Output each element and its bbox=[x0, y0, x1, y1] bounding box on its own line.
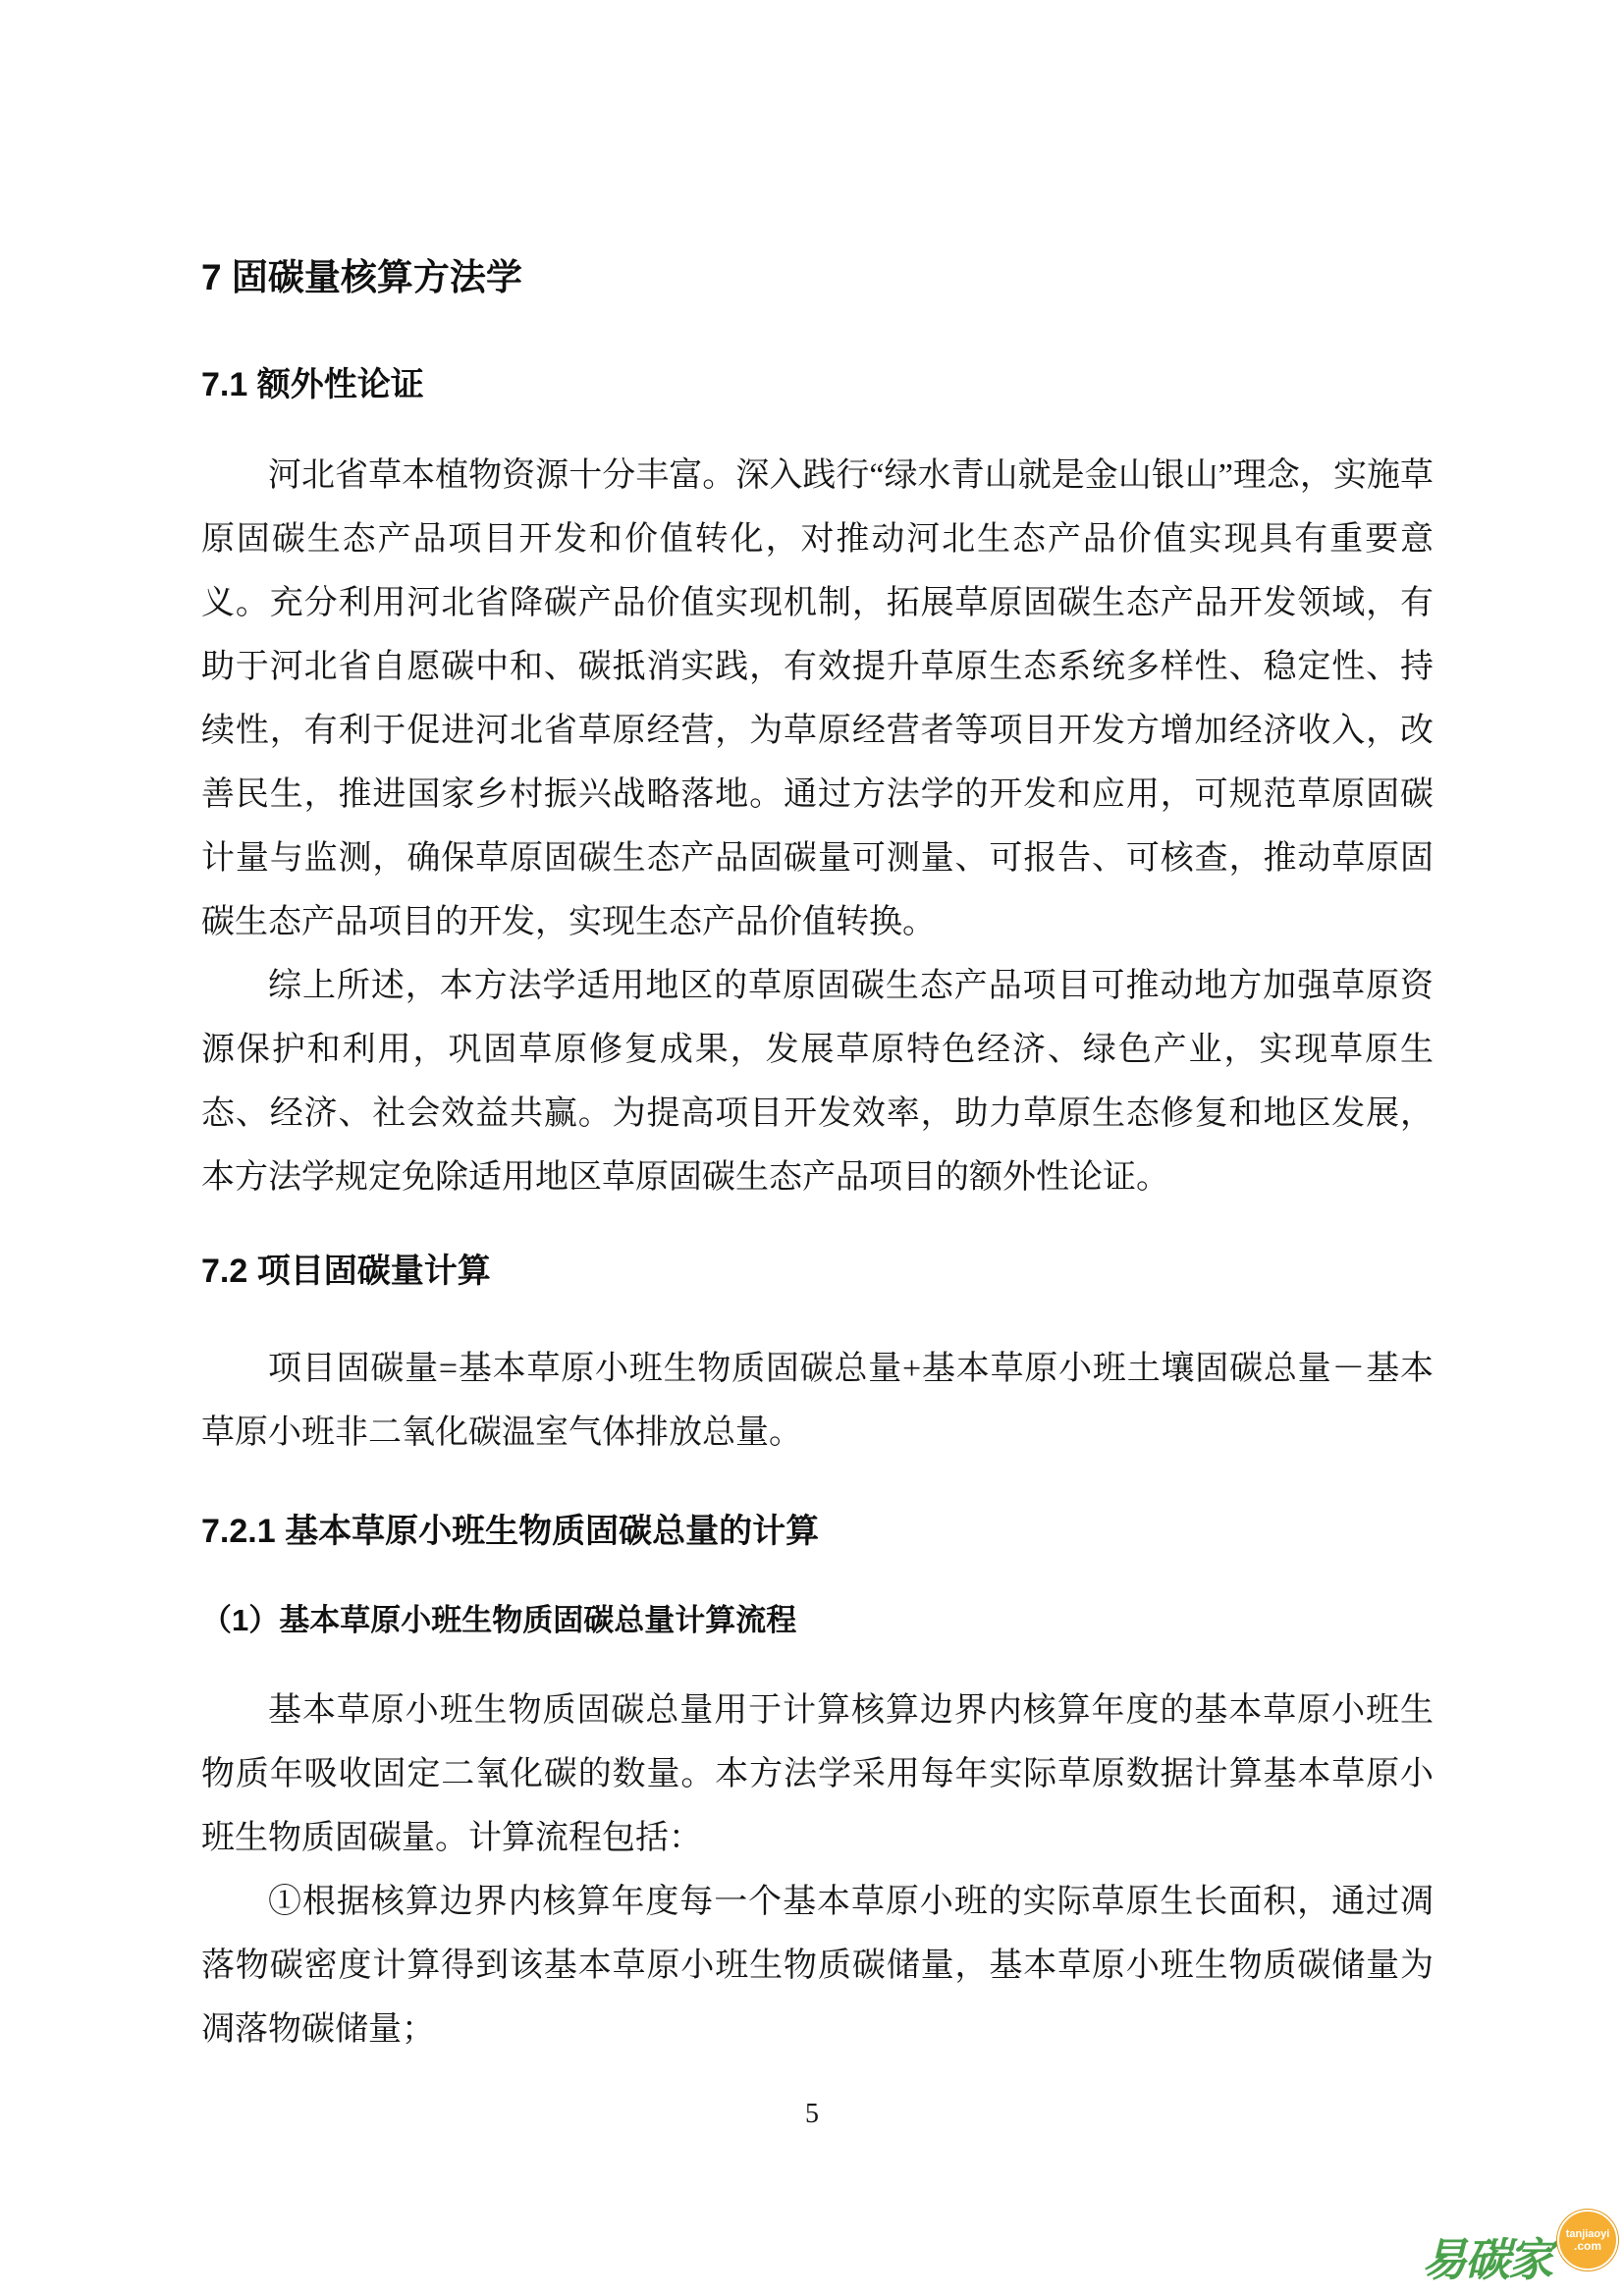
document-page: 7 固碳量核算方法学 7.1 额外性论证 河北省草本植物资源十分丰富。深入践行“… bbox=[0, 0, 1624, 2296]
section-7-2-paragraph-1: 项目固碳量=基本草原小班生物质固碳总量+基本草原小班土壤固碳总量－基本草原小班非… bbox=[201, 1337, 1434, 1465]
watermark-domain-badge-icon: tanjiaoyi .com bbox=[1557, 2210, 1618, 2270]
section-7-1-heading: 7.1 额外性论证 bbox=[201, 361, 1434, 408]
section-7-2-1-paragraph-1: 基本草原小班生物质固碳总量用于计算核算边界内核算年度的基本草原小班生物质年吸收固… bbox=[201, 1679, 1434, 1870]
section-7-2-1-sub-heading: （1）基本草原小班生物质固碳总量计算流程 bbox=[201, 1599, 1434, 1642]
section-7-1-paragraph-2: 综上所述，本方法学适用地区的草原固碳生态产品项目可推动地方加强草原资源保护和利用… bbox=[201, 954, 1434, 1209]
section-7-2-heading: 7.2 项目固碳量计算 bbox=[201, 1248, 1434, 1295]
watermark-site-tld: .com bbox=[1574, 2240, 1601, 2253]
watermark-brand-text: 易碳家 bbox=[1422, 2237, 1551, 2282]
tanjiaoyi-watermark-logo: 易碳家 tanjiaoyi .com bbox=[1422, 2210, 1618, 2290]
section-7-2-1-heading: 7.2.1 基本草原小班生物质固碳总量的计算 bbox=[201, 1508, 1434, 1555]
page-number: 5 bbox=[0, 2097, 1624, 2132]
section-7-1-paragraph-1: 河北省草本植物资源十分丰富。深入践行“绿水青山就是金山银山”理念，实施草原固碳生… bbox=[201, 444, 1434, 954]
section-7-2-1-paragraph-2: ①根据核算边界内核算年度每一个基本草原小班的实际草原生长面积，通过凋落物碳密度计… bbox=[201, 1870, 1434, 2061]
watermark-site-name: tanjiaoyi bbox=[1566, 2228, 1610, 2240]
chapter-heading: 7 固碳量核算方法学 bbox=[201, 253, 1434, 302]
document-content: 7 固碳量核算方法学 7.1 额外性论证 河北省草本植物资源十分丰富。深入践行“… bbox=[0, 253, 1624, 2061]
